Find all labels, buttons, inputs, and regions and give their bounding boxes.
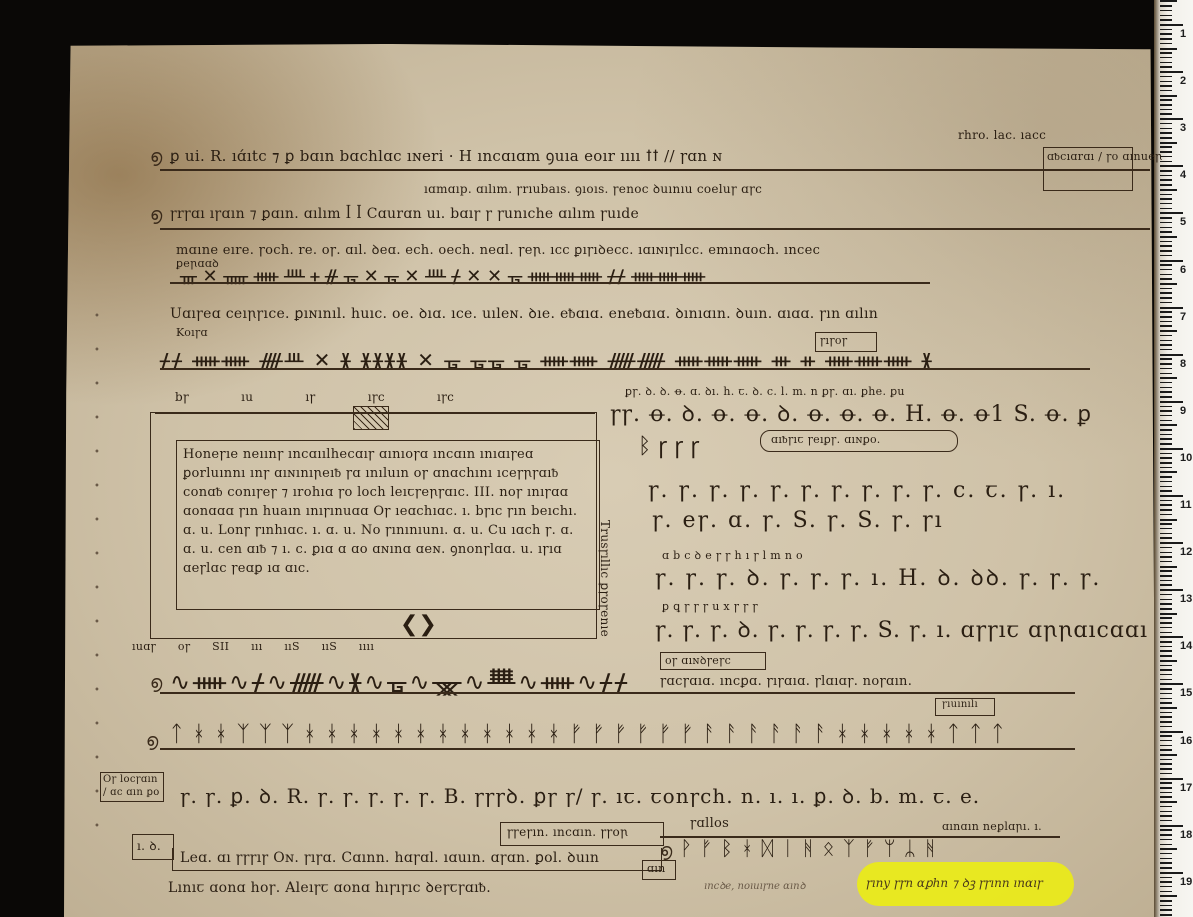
- manuscript-line-10: ꞅɑcꞅɑıɑ. ıncꝑɑ. ꞅıꞅɑıɑ. ꞅlɑıɑꞅ. noꞅɑın.: [660, 674, 912, 689]
- ruler-tick: [1160, 123, 1172, 125]
- ruler-tick: [1160, 796, 1172, 798]
- ruler-tick: [1160, 811, 1172, 813]
- ruler-tick: [1160, 368, 1172, 370]
- rune-row: ᚹ ᚠ ᛒ ᚼ ᛞ ᛁ ᚻ ᛟ ᛉ ᚠ ᛘ ᛦ ᚻ: [680, 836, 937, 860]
- ruler-tick: [1160, 740, 1172, 742]
- ruled-line: [170, 282, 930, 284]
- ruler-tick: [1160, 146, 1172, 148]
- ruler-tick: [1160, 504, 1172, 506]
- ruler-tick: [1160, 406, 1172, 408]
- ruler-tick: [1160, 311, 1172, 313]
- ruler-tick: [1160, 669, 1172, 671]
- ruler-tick: [1160, 212, 1183, 214]
- alphabet-row-1: ꞅ. ꞅ. ꞅ. ꞅ. ꞅ. ꞅ. ꞅ. ꞅ. ꞅ. ꞅ. c. ꞇ. ꞅ. ı…: [648, 478, 1066, 503]
- ruler-tick: [1160, 584, 1172, 586]
- annotation-box: ı. ꝺ.: [132, 834, 174, 860]
- ruler-tick: [1160, 71, 1183, 73]
- ruler-tick: [1160, 462, 1172, 464]
- ruler-tick: [1160, 815, 1172, 817]
- ruler-tick: [1160, 175, 1172, 177]
- alphabet-row-2: ꞅ. eꞅ. ɑ. ꞅ. S. ꞅ. S. ꞅ. ꞅı: [652, 508, 944, 533]
- ruler-tick: [1160, 330, 1177, 332]
- ruler-tick: [1160, 622, 1172, 624]
- ruler-tick: [1160, 109, 1172, 111]
- ruler-tick: [1160, 570, 1172, 572]
- gloss-line-12-right: ɑınɑın neꝑlɑꞃı. ı.: [942, 820, 1042, 833]
- ruler-tick: [1160, 434, 1172, 436]
- gloss-line-1: rhro. lac. ıacc: [958, 128, 1046, 142]
- ogham-branch-row: ᛏ ᚼ ᚼ ᛉ ᛉ ᛉ ᚼ ᚼ ᚼ ᚼ ᚼ ᚼ ᚼ ᚼ ᚼ ᚼ ᚼ ᚼ ᚠ ᚠ …: [170, 722, 1005, 747]
- ruler-tick: [1160, 561, 1172, 563]
- ruler-tick: [1160, 457, 1172, 459]
- ruler-tick: [1160, 556, 1172, 558]
- ruler-tick: [1160, 862, 1172, 864]
- ruler-tick: [1160, 420, 1172, 422]
- ruler-tick: [1160, 373, 1172, 375]
- ruler-tick: [1160, 825, 1183, 827]
- ruler-tick: [1160, 914, 1172, 916]
- diagram-top-labels: bꞅ ıu ıꞅ ıꞅc ıꞅc: [175, 390, 454, 404]
- ruler-tick: [1160, 302, 1172, 304]
- ruler-tick: [1160, 665, 1172, 667]
- ruler-tick: [1160, 627, 1172, 629]
- ruler-tick: [1160, 90, 1172, 92]
- ruler-tick: [1160, 580, 1172, 582]
- ruler-label: 14: [1180, 640, 1192, 652]
- ruler-tick: [1160, 872, 1183, 874]
- ruler-tick: [1160, 853, 1172, 855]
- ruler-tick: [1160, 57, 1172, 59]
- ruler-tick: [1160, 354, 1183, 356]
- annotation-box: ꞅꞅeꞅın. ıncɑın. ꞅꞅoꞃ: [500, 822, 664, 846]
- ruled-line: [160, 748, 1075, 750]
- ruler-tick: [1160, 236, 1177, 238]
- ruled-line: [160, 169, 1150, 171]
- vertical-text: Trusꞅıllıc ꝑꞅoꞅenıe: [598, 520, 612, 637]
- ruler-tick: [1160, 448, 1183, 450]
- manuscript-line-2: ꞅrꞅɑı ıꞅɑın ⁊ ꝑɑın. ɑılım ꟾ ꟾ Cɑurɑn uı.…: [170, 206, 639, 222]
- ruler-tick: [1160, 453, 1172, 455]
- ruler-tick: [1160, 241, 1172, 243]
- ruler-tick: [1160, 358, 1172, 360]
- ruler-tick: [1160, 877, 1172, 879]
- ruler-tick: [1160, 5, 1172, 7]
- spiral-ornament: ൭: [150, 146, 162, 167]
- ruler-tick: [1160, 486, 1172, 488]
- ruler-tick: [1160, 820, 1172, 822]
- ruler-tick: [1160, 15, 1172, 17]
- ruler-tick: [1160, 260, 1183, 262]
- ruler-label: 16: [1180, 735, 1192, 747]
- ruler-tick: [1160, 297, 1172, 299]
- ruler-tick: [1160, 283, 1177, 285]
- ruler-label: 13: [1180, 593, 1192, 605]
- ruler-tick: [1160, 113, 1172, 115]
- ruler-tick: [1160, 834, 1172, 836]
- ruler-tick: [1160, 481, 1172, 483]
- ruler-tick: [1160, 48, 1177, 50]
- ruler-tick: [1160, 95, 1177, 97]
- ruler-tick: [1160, 844, 1172, 846]
- ruler-tick: [1160, 754, 1177, 756]
- ruler-tick: [1160, 632, 1172, 634]
- ruler-tick: [1160, 132, 1172, 134]
- ruler-tick: [1160, 128, 1172, 130]
- ruler-tick: [1160, 688, 1172, 690]
- ruler-tick: [1160, 401, 1183, 403]
- ruler-tick: [1160, 745, 1172, 747]
- alphabet-gloss-1: ꝑꞅ. ꝺ. ꝺ. ꝋ. ɑ. ꝺı. h. ꞇ. ꝺ. c. l. m. n …: [625, 384, 905, 399]
- ruler-tick: [1160, 909, 1172, 911]
- ruler-tick: [1160, 391, 1172, 393]
- manuscript-line-4: Uɑıꞅeɑ ceıꞃꞅıce. ꝑıɴınıl. huıc. oe. ꝺıɑ.…: [170, 304, 878, 323]
- ruler-tick: [1160, 533, 1172, 535]
- ruler-tick: [1160, 895, 1177, 897]
- annotation-box: ɑın: [642, 860, 676, 880]
- diagram-bottom-labels: ıuɑꞅ oꞅ SII ııı ııS ııS ıııı: [132, 640, 374, 653]
- ruler-tick: [1160, 227, 1172, 229]
- ruler-tick: [1160, 547, 1172, 549]
- manuscript-line-1: ꝑ ui. R. ıɑ́ıtc ⁊ ꝑ bɑın bɑchlɑc ıɴeri ·…: [170, 146, 722, 166]
- ruler-tick: [1160, 608, 1172, 610]
- annotation-box: ɑᵬcıɑrɑı / ꞅo ɑınueꞃ: [1043, 147, 1133, 191]
- ruler-tick: [1160, 500, 1172, 502]
- ruler-label: 1: [1180, 28, 1186, 40]
- ruler-tick: [1160, 349, 1172, 351]
- ruler-tick: [1160, 85, 1172, 87]
- ruler-tick: [1160, 660, 1177, 662]
- gloss-line-12: ꞅɑllos: [690, 816, 729, 831]
- ruler-tick: [1160, 575, 1172, 577]
- alphabet-row-0: ꞅꞅ. ꝋ. ꝺ. ꝋ. ꝋ. ꝺ. ꝋ. ꝋ. ꝋ. H. ꝋ. ꝋ1 S. …: [610, 398, 1092, 428]
- ruler-tick: [1160, 29, 1172, 31]
- ruler-tick: [1160, 198, 1172, 200]
- ruler-tick: [1160, 749, 1172, 751]
- ruler-tick: [1160, 566, 1177, 568]
- ruler-label: 19: [1180, 876, 1192, 888]
- ruler-tick: [1160, 231, 1172, 233]
- ruler-tick: [1160, 307, 1183, 309]
- spiral-ornament: ൭: [660, 840, 672, 861]
- ruler-tick: [1160, 264, 1172, 266]
- ruler-tick: [1160, 702, 1172, 704]
- ruler-tick: [1160, 52, 1172, 54]
- ruled-line: [160, 692, 1075, 694]
- ruler-tick: [1160, 537, 1172, 539]
- manuscript-line-12: Leɑ. ɑı ꞅꞅꞅıꞅ Oɴ. ꞅıꞅɑ. Cɑınn. hɑꞅɑl. ıɑ…: [180, 848, 599, 867]
- ruler-tick: [1160, 179, 1172, 181]
- alphabet-row-4: ꞅ. ꞅ. ꞅ. ꝺ. ꞅ. ꞅ. ꞅ. ꞅ. S. ꞅ. ı. ɑꞅꞅıꞇ ɑ…: [655, 614, 1148, 644]
- annotation-box: ɑıᵬꞅıꞇ ꞅeıꝑꞅ. ɑıɴꝑo.: [760, 430, 958, 452]
- ruler-tick: [1160, 519, 1177, 521]
- chevron-shapes-icon: ❮❯: [400, 612, 437, 637]
- ruler-tick: [1160, 594, 1172, 596]
- ruler-tick: [1160, 679, 1172, 681]
- ruler-tick: [1160, 438, 1172, 440]
- ruler-tick: [1160, 66, 1172, 68]
- ruler-tick: [1160, 759, 1172, 761]
- boxed-paragraph-text: Honeꞅıe neıınꞅ ıncɑıılhecɑıꞅ ɑınıoꞅɑ ınc…: [183, 445, 588, 578]
- annotation-box: oꞅ ɑıɴꝺꞅeꞅc: [660, 652, 766, 670]
- ruler-tick: [1160, 396, 1172, 398]
- ruler-tick: [1160, 269, 1172, 271]
- ruler-tick: [1160, 683, 1183, 685]
- ruler-tick: [1160, 321, 1172, 323]
- ruler-tick: [1160, 81, 1172, 83]
- ruler-tick: [1160, 829, 1172, 831]
- ruler-tick: [1160, 617, 1172, 619]
- ruler-tick: [1160, 184, 1172, 186]
- ruler-tick: [1160, 509, 1172, 511]
- ruler-label: 2: [1180, 75, 1186, 87]
- ruler-tick: [1160, 429, 1172, 431]
- ruler-tick: [1160, 19, 1172, 21]
- measurement-ruler: 12345678910111213141516171819: [1154, 0, 1193, 917]
- alphabet-row-3: ꞅ. ꞅ. ꞅ. ꝺ. ꞅ. ꞅ. ꞅ. ı. H. ꝺ. ꝺꝺ. ꞅ. ꞅ. …: [655, 562, 1101, 592]
- ruler-tick: [1160, 787, 1172, 789]
- ruler-tick: [1160, 778, 1183, 780]
- ruler-label: 7: [1180, 311, 1186, 323]
- manuscript-line-3: mɑıne eıre. ꞅoch. re. oꞅ. ɑıl. ꝺeɑ. ech.…: [176, 240, 820, 258]
- ruler-label: 5: [1180, 216, 1186, 228]
- ruler-tick: [1160, 905, 1172, 907]
- ruler-tick: [1160, 288, 1172, 290]
- annotation-box: ꞅıuınılı: [935, 698, 995, 716]
- ruler-tick: [1160, 806, 1172, 808]
- spiral-ornament: ൭: [150, 204, 162, 225]
- alphabet-gloss-3: ɑ b c ꝺ e ꞅ ꞅ h ı ꞅ l m n o: [662, 548, 803, 563]
- ruler-label: 15: [1180, 687, 1192, 699]
- ruler-label: 18: [1180, 829, 1192, 841]
- spiral-ornament: ൭: [146, 730, 158, 751]
- ruler-tick: [1160, 387, 1172, 389]
- ruler-tick: [1160, 104, 1172, 106]
- ruler-tick: [1160, 38, 1172, 40]
- ruler-tick: [1160, 476, 1172, 478]
- ruler-tick: [1160, 655, 1172, 657]
- ruler-tick: [1160, 170, 1172, 172]
- ruler-tick: [1160, 792, 1172, 794]
- ruler-tick: [1160, 165, 1183, 167]
- ruler-tick: [1160, 881, 1172, 883]
- ruler-tick: [1160, 712, 1172, 714]
- ruler-tick: [1160, 735, 1172, 737]
- ruler-tick: [1160, 33, 1172, 35]
- ruler-tick: [1160, 325, 1172, 327]
- ruler-tick: [1160, 382, 1172, 384]
- ruler-tick: [1160, 222, 1172, 224]
- ruler-tick: [1160, 415, 1172, 417]
- highlighted-text: ꞅıny ꞅꞅn ɑꝑhn ⁊ ꝺꝫ ꞅꞅınn ınɑıꞅ: [866, 874, 1043, 891]
- ruler-tick: [1160, 514, 1172, 516]
- ruler-tick: [1160, 542, 1183, 544]
- ruler-tick: [1160, 203, 1172, 205]
- ruler-tick: [1160, 217, 1172, 219]
- ruler-tick: [1160, 344, 1172, 346]
- ruler-label: 8: [1180, 358, 1186, 370]
- ruler-tick: [1160, 208, 1172, 210]
- ruler-tick: [1160, 528, 1172, 530]
- ruler-tick: [1160, 773, 1172, 775]
- ruler-tick: [1160, 142, 1177, 144]
- ruler-tick: [1160, 782, 1172, 784]
- alphabet-row-symbols: ᛒ ꞅ ꞅ ꞅ: [638, 430, 700, 460]
- ruler-tick: [1160, 900, 1172, 902]
- ruler-tick: [1160, 335, 1172, 337]
- annotation-box: Oꞅ locꞅɑın / ɑc ɑın ꝑo: [100, 772, 164, 802]
- ruler-tick: [1160, 43, 1172, 45]
- ruler-tick: [1160, 410, 1172, 412]
- manuscript-line-11: ꞅ. ꞅ. ꝑ. ꝺ. R. ꞅ. ꞅ. ꞅ. ꞅ. ꞅ. B. ꞅꞅꞅꝺ. ꝑ…: [180, 782, 980, 809]
- ruler-tick: [1160, 674, 1172, 676]
- ruler-tick: [1160, 424, 1177, 426]
- ruler-tick: [1160, 707, 1177, 709]
- ruler-tick: [1160, 340, 1172, 342]
- ruler-tick: [1160, 377, 1177, 379]
- ruler-tick: [1160, 363, 1172, 365]
- ruler-tick: [1160, 255, 1172, 257]
- ruler-tick: [1160, 0, 1177, 2]
- ruler-tick: [1160, 646, 1172, 648]
- ruler-tick: [1160, 763, 1172, 765]
- ruler-label: 12: [1180, 546, 1192, 558]
- ruler-tick: [1160, 292, 1172, 294]
- ruler-tick: [1160, 731, 1183, 733]
- ruler-tick: [1160, 99, 1172, 101]
- faint-later-gloss: ıncꝺe, noıuıꞅne ɑınꝺ: [704, 878, 806, 892]
- ruler-tick: [1160, 839, 1172, 841]
- paragraph-box: Honeꞅıe neıınꞅ ıncɑıılhecɑıꞅ ɑınıoꞅɑ ınc…: [176, 440, 600, 610]
- ruler-tick: [1160, 443, 1172, 445]
- ruler-tick: [1160, 76, 1172, 78]
- ruler-tick: [1160, 886, 1172, 888]
- ruler-label: 6: [1180, 264, 1186, 276]
- ruler-tick: [1160, 274, 1172, 276]
- ruled-line: [160, 368, 1090, 370]
- ruler-tick: [1160, 613, 1177, 615]
- ruler-tick: [1160, 24, 1183, 26]
- ruler-tick: [1160, 801, 1177, 803]
- line-label: Koıꞅɑ: [176, 326, 208, 339]
- ruler-tick: [1160, 552, 1172, 554]
- ruler-tick: [1160, 641, 1172, 643]
- ruler-tick: [1160, 650, 1172, 652]
- ruler-tick: [1160, 858, 1172, 860]
- ruler-label: 3: [1180, 122, 1186, 134]
- alphabet-gloss-4: ꝑ ꝗ ꞅ ꞅ ꞅ u x ꞅ ꞅ ꞅ: [662, 600, 758, 613]
- ruler-label: 10: [1180, 452, 1192, 464]
- ruler-tick: [1160, 726, 1172, 728]
- ruler-tick: [1160, 636, 1183, 638]
- ruler-tick: [1160, 189, 1177, 191]
- ogham-row-1: ᚃ ✕ ᚅ ᚔ ᚉ ᚐ ᚌ ᚗ ✕ ᚗ ✕ ᚉ ᚋ ✕ ✕ ᚗ ᚔᚔᚔ ᚋᚋ ᚔ…: [180, 266, 705, 287]
- ruler-tick: [1160, 891, 1172, 893]
- ruler-label: 4: [1180, 169, 1186, 181]
- ruler-tick: [1160, 278, 1172, 280]
- ruler-tick: [1160, 495, 1183, 497]
- ruler-tick: [1160, 316, 1172, 318]
- ruler-tick: [1160, 62, 1172, 64]
- ruler-tick: [1160, 118, 1183, 120]
- ruler-tick: [1160, 471, 1177, 473]
- gloss-line-2: ıɑmɑıp. ɑılım. ꞅrıubaıs. ꝯıoıs. ꞅenoc ꝺu…: [424, 180, 762, 197]
- ruler-tick: [1160, 589, 1183, 591]
- ruler-label: 17: [1180, 782, 1192, 794]
- ruler-tick: [1160, 867, 1172, 869]
- ruler-label: 9: [1180, 405, 1186, 417]
- margin-prickings: • • • • • • • • • • • • • • • •: [94, 300, 100, 844]
- ruler-tick: [1160, 693, 1172, 695]
- ruler-tick: [1160, 523, 1172, 525]
- spiral-ornament: ൭: [150, 672, 162, 693]
- ruler-tick: [1160, 10, 1172, 12]
- ruler-tick: [1160, 599, 1172, 601]
- ruler-tick: [1160, 245, 1172, 247]
- ruler-tick: [1160, 137, 1172, 139]
- ruler-tick: [1160, 194, 1172, 196]
- ruler-label: 11: [1180, 499, 1192, 511]
- ruler-tick: [1160, 467, 1172, 469]
- ruler-tick: [1160, 721, 1172, 723]
- ruler-tick: [1160, 716, 1172, 718]
- ruler-tick: [1160, 698, 1172, 700]
- ruler-tick: [1160, 490, 1172, 492]
- manuscript-line-13: Lınıꞇ ɑonɑ hoꞅ. Aleıꞅꞇ ɑonɑ hıꞅıꞅıc ꝺeꞅꞇ…: [168, 878, 491, 897]
- ruler-tick: [1160, 768, 1172, 770]
- ruler-tick: [1160, 603, 1172, 605]
- ruler-tick: [1160, 848, 1177, 850]
- ruled-line: [160, 228, 1150, 230]
- ruler-tick: [1160, 250, 1172, 252]
